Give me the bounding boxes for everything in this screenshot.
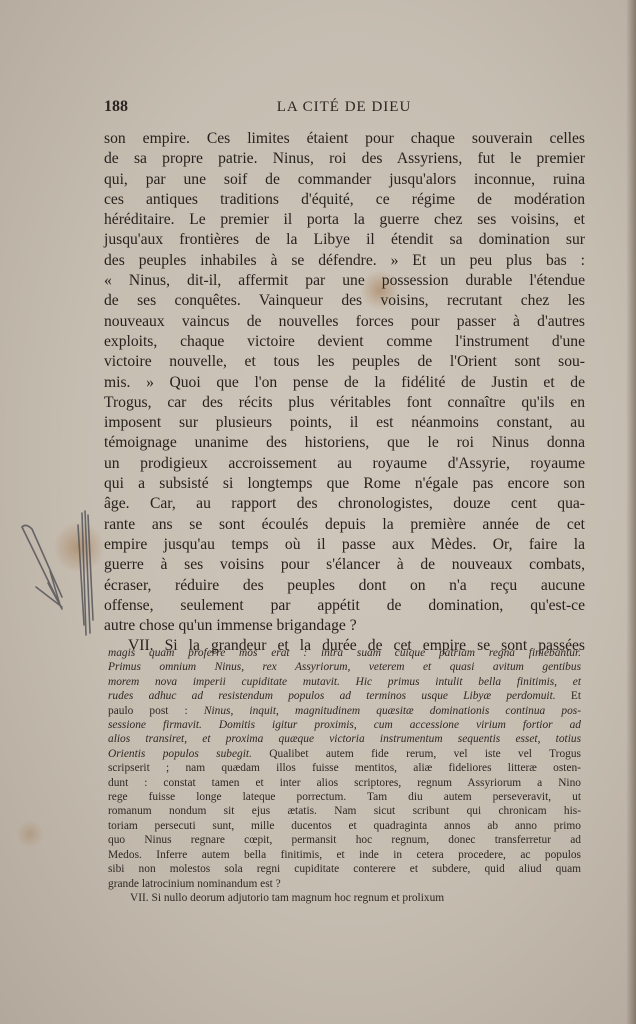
italic-quote-text: morem nova imperii cupiditate mutavit. H… (108, 676, 581, 688)
footnote-line: Primus omnium Ninus, rex Assyriorum, vet… (108, 660, 581, 674)
text-line: qui a subsisté si longtemps que Rome n'é… (104, 474, 585, 494)
footnote-line: scripserit ; nam quædam illos fuisse men… (108, 761, 581, 775)
footnote-section-heading-line: VII. Si nullo deorum adjutorio tam magnu… (108, 891, 581, 905)
footnote-line: romanum nondum sit ejus ætatis. Nam sicu… (108, 804, 581, 818)
roman-text: romanum nondum sit ejus ætatis. Nam sicu… (108, 805, 581, 817)
roman-text: paulo post : (108, 705, 204, 717)
text-line: Trogus, car des récits plus véritables f… (104, 393, 585, 413)
italic-quote-text: alios transiret, et proxima quæque victo… (108, 733, 581, 745)
footnote-line: quo Ninus regnare cœpit, permansit hoc r… (108, 833, 581, 847)
roman-text: toriam persecuti sunt, mille ducentos et… (108, 820, 581, 832)
footnote-line: paulo post : Ninus, inquit, magnitudinem… (108, 704, 581, 718)
text-line: ces antiques traditions d'équité, ce rég… (104, 190, 585, 210)
text-line: victoire nouvelle, et tous les peuples d… (104, 352, 585, 372)
footnote-latin-text: magis quam proferre mos erat : intra sua… (108, 646, 581, 905)
text-line: jusqu'aux frontières de la Libye il éten… (104, 230, 585, 250)
text-line: autre chose qu'un immense brigandage ? (104, 616, 585, 636)
footnote-line: Orientis populos subegit. Qualibet autem… (108, 747, 581, 761)
pencil-annotation-icon (14, 505, 104, 640)
text-line: imposent sur plusieurs points, il est né… (104, 413, 585, 433)
footnote-line: sibi non molestos sola regni cupiditate … (108, 862, 581, 876)
italic-quote-text: sessione firmavit. Domitis igitur proxim… (108, 719, 581, 731)
roman-text: quo Ninus regnare cœpit, permansit hoc r… (108, 834, 581, 846)
roman-text: VII. Si nullo deorum adjutorio tam magnu… (130, 892, 444, 904)
roman-text: Qualibet autem fide rerum, vel iste vel … (252, 748, 581, 760)
italic-quote-text: Ninus, inquit, magnitudinem quæsitæ domi… (204, 705, 581, 717)
italic-quote-text: rudes adhuc ad resistendum populos ad te… (108, 690, 556, 702)
main-text: son empire. Ces limites étaient pour cha… (104, 129, 585, 657)
stain-mark (16, 820, 44, 848)
roman-text: sibi non molestos sola regni cupiditate … (108, 863, 581, 875)
text-line: des peuples inhabiles à se défendre. » E… (104, 251, 585, 271)
italic-quote-text: Orientis populos subegit. (108, 748, 252, 760)
text-line: exploits, chaque victoire devient comme … (104, 332, 585, 352)
text-line: un prodigieux accroissement au royaume d… (104, 454, 585, 474)
running-title: LA CITÉ DE DIEU (104, 99, 584, 116)
footnote-line: magis quam proferre mos erat : intra sua… (108, 646, 581, 660)
footnote-line: morem nova imperii cupiditate mutavit. H… (108, 675, 581, 689)
book-page: 188 LA CITÉ DE DIEU son empire. Ces limi… (0, 0, 636, 1024)
footnote-line: alios transiret, et proxima quæque victo… (108, 732, 581, 746)
text-line: âge. Car, au rapport des chronologistes,… (104, 494, 585, 514)
roman-text: Medos. Inferre autem bella finitimis, et… (108, 849, 581, 861)
roman-text: rege fuisse longe lateque porrectum. Tam… (108, 791, 581, 803)
footnote-line: rudes adhuc ad resistendum populos ad te… (108, 689, 581, 703)
text-line: qui, par une soif de commander jusqu'alo… (104, 170, 585, 190)
text-line: mis. » Quoi que l'on pense de la fidélit… (104, 373, 585, 393)
text-line: écraser, réduire des peuples dont on n'a… (104, 576, 585, 596)
footnote-line: sessione firmavit. Domitis igitur proxim… (108, 718, 581, 732)
text-line: rante ans se sont écoulés depuis la prem… (104, 515, 585, 535)
roman-text: Et (556, 690, 581, 702)
page-header: 188 LA CITÉ DE DIEU (104, 98, 584, 120)
text-line: nouveaux vaincus de nouvelles forces pou… (104, 312, 585, 332)
footnote-line: Medos. Inferre autem bella finitimis, et… (108, 848, 581, 862)
footnote-line: grande latrocinium nominandum est ? (108, 877, 581, 891)
roman-text: dunt : constat tamen et inter alios scri… (108, 777, 581, 789)
text-line: empire jusqu'au temps où il passe aux Mè… (104, 535, 585, 555)
text-line: offense, seulement par appétit de domina… (104, 596, 585, 616)
italic-quote-text: magis quam proferre mos erat : intra sua… (108, 647, 581, 659)
roman-text: scripserit ; nam quædam illos fuisse men… (108, 762, 581, 774)
italic-quote-text: Primus omnium Ninus, rex Assyriorum, vet… (108, 661, 581, 673)
footnote-line: toriam persecuti sunt, mille ducentos et… (108, 819, 581, 833)
text-line: héréditaire. Le premier il porta la guer… (104, 210, 585, 230)
text-line: « Ninus, dit-il, affermit par une posses… (104, 271, 585, 291)
text-line: guerre à ses voisins pour s'élancer à de… (104, 555, 585, 575)
text-line: de sa propre patrie. Ninus, roi des Assy… (104, 149, 585, 169)
footnote-line: dunt : constat tamen et inter alios scri… (108, 776, 581, 790)
text-line: témoignage unanime des historiens, que l… (104, 433, 585, 453)
text-line: de ses conquêtes. Vainqueur des voisins,… (104, 291, 585, 311)
text-line: son empire. Ces limites étaient pour cha… (104, 129, 585, 149)
footnote-line: rege fuisse longe lateque porrectum. Tam… (108, 790, 581, 804)
roman-text: grande latrocinium nominandum est ? (108, 878, 281, 890)
